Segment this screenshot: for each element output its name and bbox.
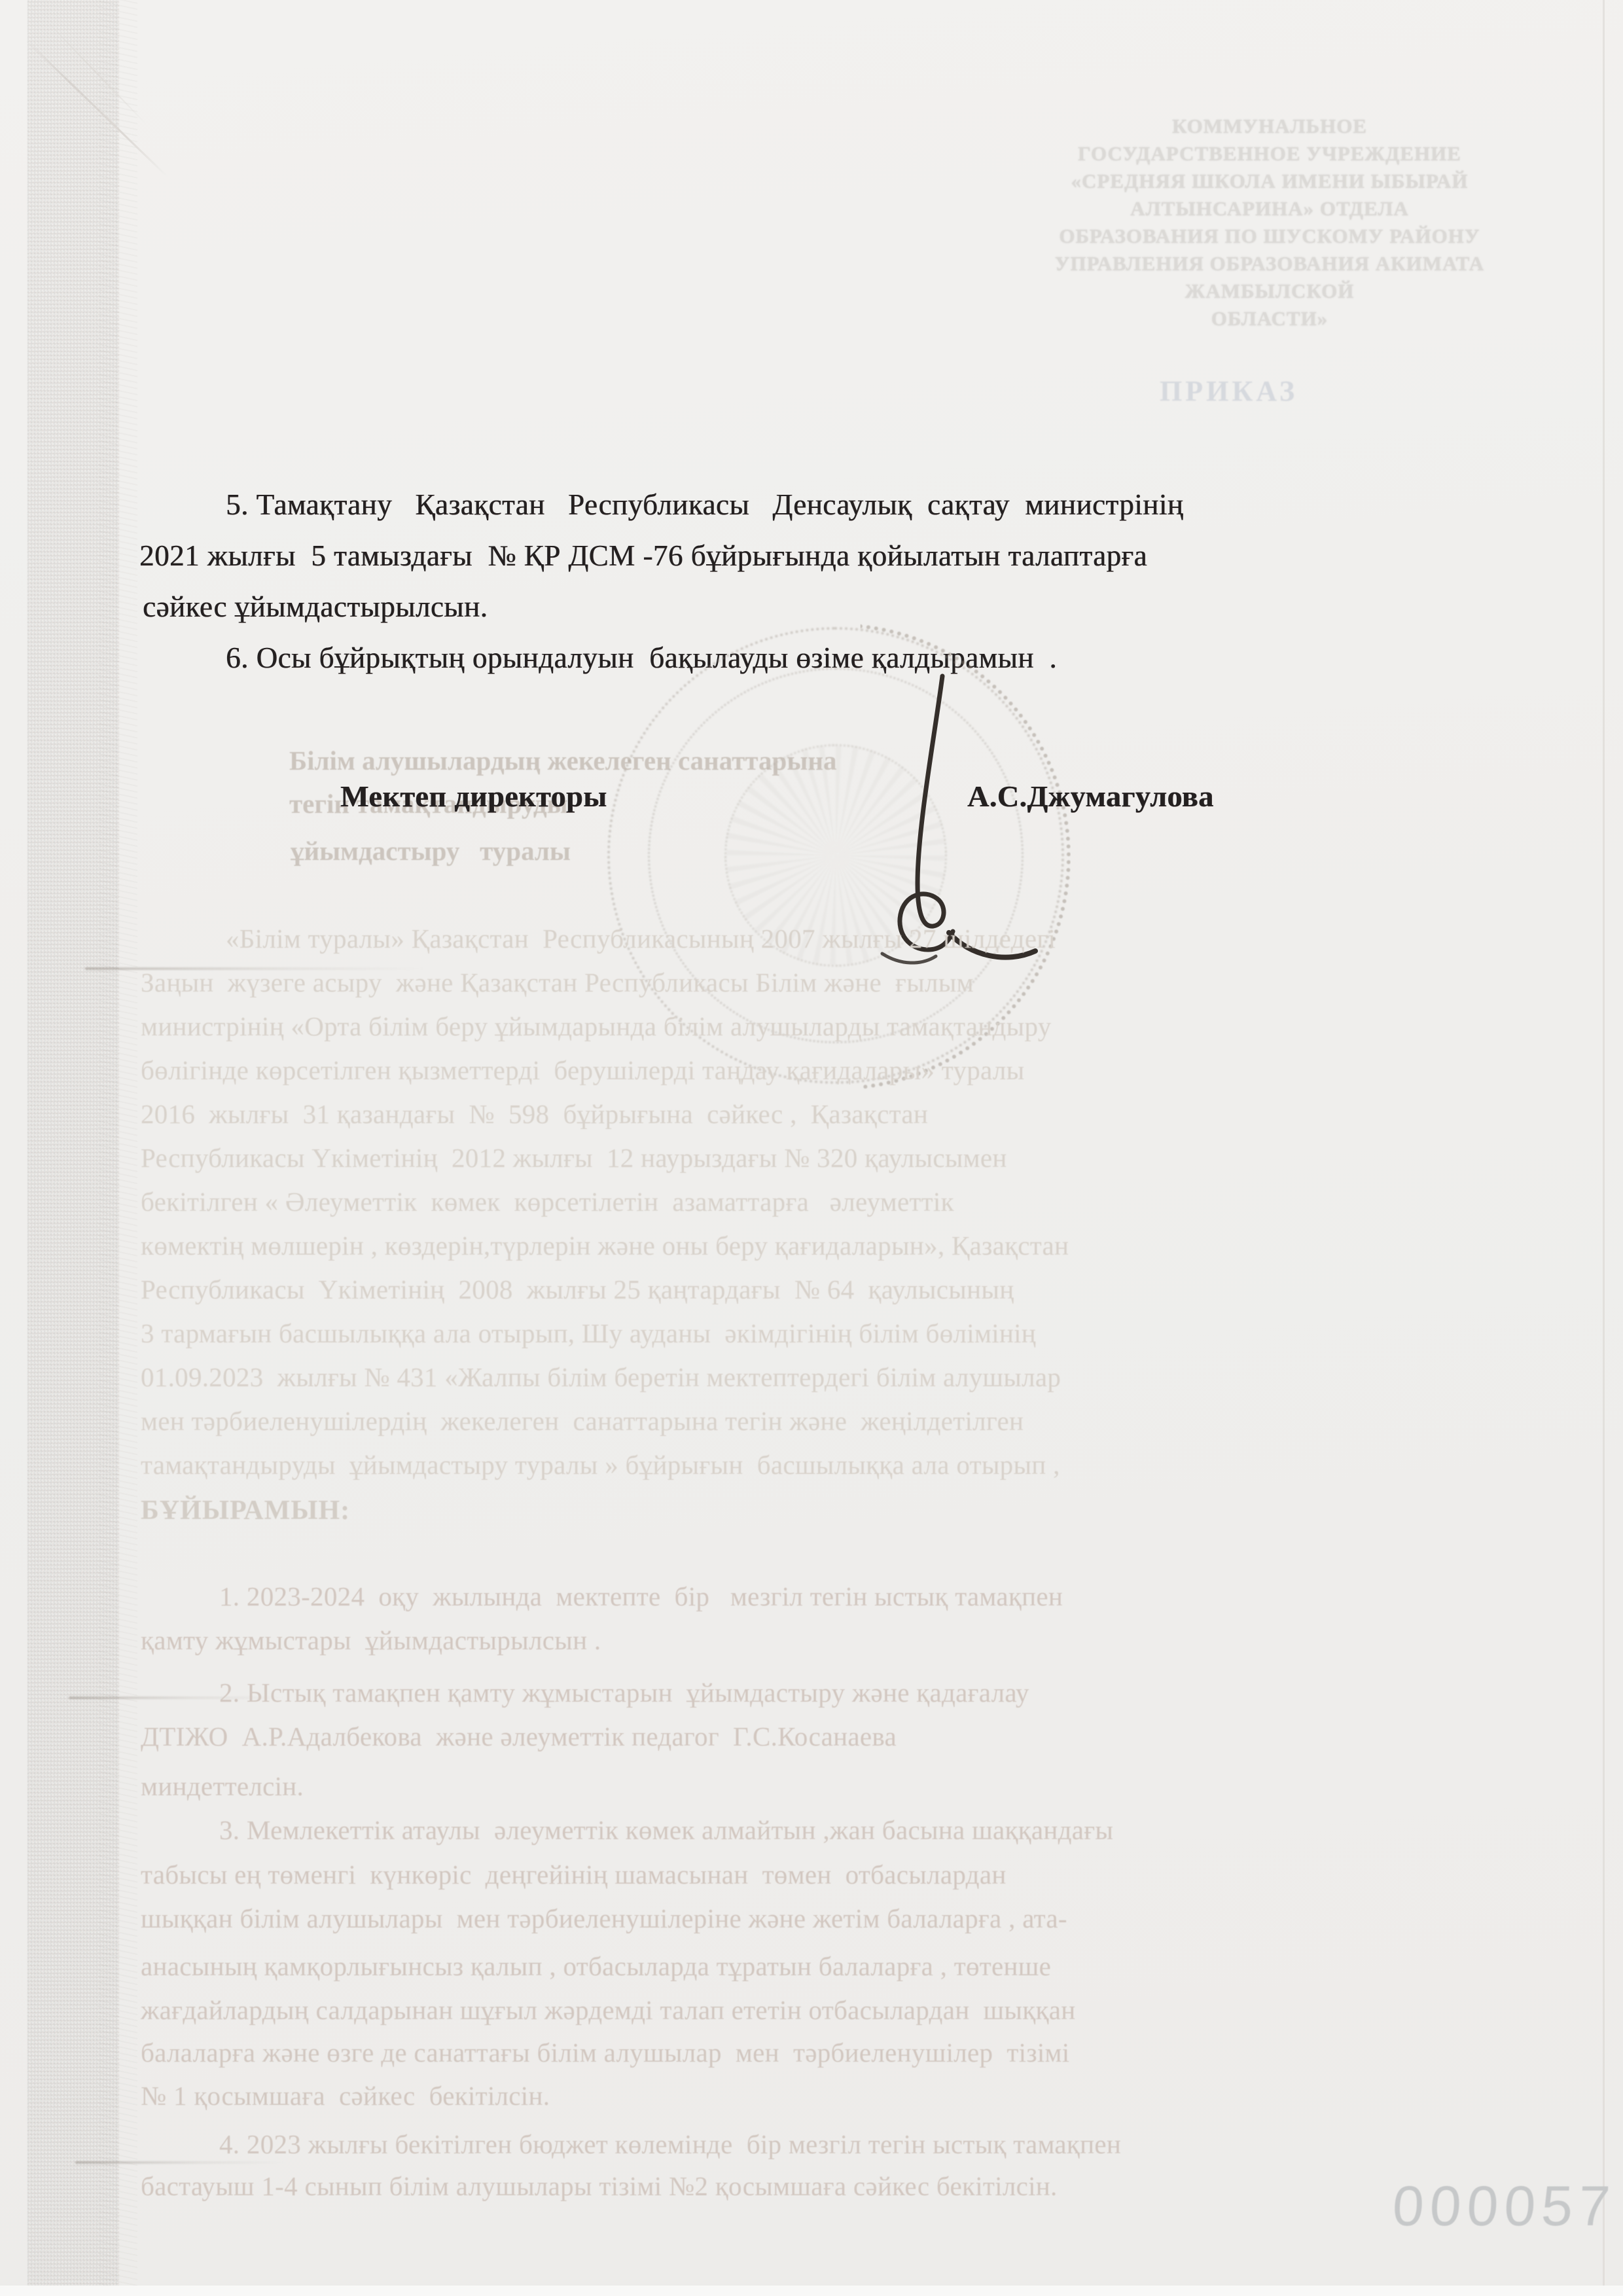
ghost-preamble-line: көмектің мөлшерін , көздерін,түрлерін жә… — [141, 1230, 1069, 1261]
ghost-item-line: 3. Мемлекеттік атаулы әлеуметтік көмек а… — [219, 1814, 1113, 1846]
ghost-preamble-line: мен тәрбиеленушілердің жекелеген санатта… — [141, 1405, 1024, 1437]
ghost-preamble-line: 01.09.2023 жылғы № 431 «Жалпы білім бере… — [141, 1361, 1061, 1393]
ghost-preamble-line: «Білім туралы» Қазақстан Республикасының… — [226, 923, 1056, 954]
page-number-stamp: 000057 — [1391, 2174, 1617, 2239]
order-heading: ПРИКАЗ — [1160, 374, 1298, 408]
scanned-order-document-page: КОММУНАЛЬНОЕ ГОСУДАРСТВЕННОЕ УЧРЕЖДЕНИЕ … — [0, 0, 1623, 2296]
ghost-item-line: табысы ең төменгі күнкөріс деңгейінің ша… — [141, 1859, 1007, 1890]
letterhead-line: ГОСУДАРСТВЕННОЕ УЧРЕЖДЕНИЕ — [982, 140, 1558, 168]
order-item-5-line-2: 2021 жылғы 5 тамыздағы № ҚР ДСМ -76 бұйр… — [139, 539, 1147, 573]
ghost-item-line: анасының қамқорлығынсыз қалып , отбасыла… — [141, 1950, 1051, 1982]
letterhead-line: КОММУНАЛЬНОЕ — [982, 113, 1558, 140]
ghost-item-line: шыққан білім алушылары мен тәрбиеленушіл… — [141, 1903, 1067, 1934]
signature-ink — [844, 658, 1060, 1011]
scan-right-edge-line — [1603, 0, 1605, 2296]
ghost-preamble-line: Республикасы Үкіметінің 2008 жылғы 25 қа… — [141, 1274, 1014, 1305]
letterhead-line: УПРАВЛЕНИЯ ОБРАЗОВАНИЯ АКИМАТА — [982, 250, 1558, 278]
ghost-item-line: жағдайлардың салдарынан шұғыл жәрдемді т… — [141, 1994, 1075, 2026]
ghost-preamble-line: 2016 жылғы 31 қазандағы № 598 бұйрығына … — [141, 1098, 928, 1130]
ghost-preamble-line: тамақтандыруды ұйымдастыру туралы » бұйр… — [141, 1449, 1060, 1480]
ghost-item-line: миндеттелсін. — [141, 1770, 304, 1802]
scan-noise-left-edge-2 — [98, 0, 137, 2296]
ghost-item-line: 2. Ыстық тамақпен қамту жұмыстарын ұйымд… — [219, 1677, 1029, 1708]
ghost-item-line: бастауыш 1-4 сынып білім алушылары тізім… — [141, 2170, 1058, 2202]
ghost-preamble-line: Заңын жүзеге асыру және Қазақстан Респуб… — [141, 967, 974, 998]
ghost-preamble-line: министрінің «Орта білім беру ұйымдарында… — [141, 1011, 1052, 1042]
order-item-5-line-3: сәйкес ұйымдастырылсын. — [143, 590, 488, 624]
scan-smudge-3 — [75, 2161, 285, 2164]
signature-role-label: Мектеп директоры — [340, 779, 607, 814]
ghost-item-line: қамту жұмыстары ұйымдастырылсын . — [141, 1624, 601, 1656]
ghost-item-line: 4. 2023 жылғы бекітілген бюджет көлемінд… — [219, 2128, 1121, 2160]
signature-name: А.С.Джумагулова — [967, 779, 1214, 814]
ghost-item-line: 1. 2023-2024 оқу жылында мектепте бір ме… — [219, 1581, 1063, 1612]
scan-bottom-edge — [0, 2286, 1623, 2296]
order-item-5-line-1: 5. Тамақтану Қазақстан Республикасы Денс… — [226, 488, 1183, 522]
letterhead-line: ОБРАЗОВАНИЯ ПО ШУСКОМУ РАЙОНУ — [982, 223, 1558, 250]
ghost-item-line: № 1 қосымшаға сәйкес бекітілсін. — [141, 2080, 550, 2111]
letterhead-block: КОММУНАЛЬНОЕ ГОСУДАРСТВЕННОЕ УЧРЕЖДЕНИЕ … — [982, 113, 1558, 332]
ghost-preamble-line: Республикасы Үкіметінің 2012 жылғы 12 на… — [141, 1142, 1007, 1174]
ghost-item-line: балаларға және өзге де санаттағы білім а… — [141, 2037, 1069, 2068]
letterhead-line: ЖАМБЫЛСКОЙ — [982, 278, 1558, 305]
letterhead-line: «СРЕДНЯЯ ШКОЛА ИМЕНИ ЫБЫРАЙ — [982, 168, 1558, 195]
ghost-title-line: ұйымдастыру туралы — [291, 835, 571, 867]
ghost-preamble-line: бөлігінде көрсетілген қызметтерді беруші… — [141, 1054, 1025, 1086]
letterhead-line: АЛТЫНСАРИНА» ОТДЕЛА — [982, 195, 1558, 223]
ghost-preamble-line: бекітілген « Әлеуметтік көмек көрсетілет… — [141, 1186, 954, 1217]
ghost-item-line: ДТІЖО А.Р.Адалбекова және әлеуметтік пед… — [141, 1721, 897, 1752]
ghost-resolution-word: БҰЙЫРАМЫН: — [141, 1495, 350, 1526]
letterhead-line: ОБЛАСТИ» — [982, 305, 1558, 332]
ghost-preamble-line: 3 тармағын басшылыққа ала отырып, Шу ауд… — [141, 1318, 1036, 1349]
